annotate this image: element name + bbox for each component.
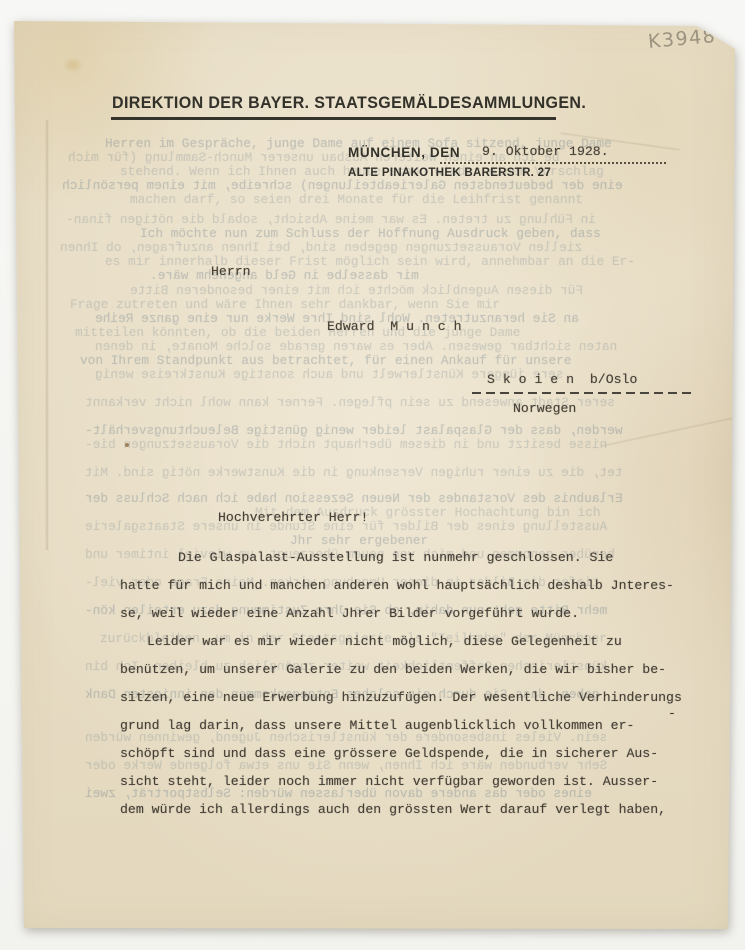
bleedthrough-line: eine der bedeutendsten Galerieabteilunge… (62, 178, 623, 193)
paper-speck (66, 60, 80, 70)
letter-body-line: grund lag darin, dass unsere Mittel auge… (120, 718, 634, 733)
hanging-hyphen: - (668, 706, 676, 721)
paper-speck (739, 487, 742, 490)
bleedthrough-line: Jhr sehr ergebener (290, 533, 428, 548)
letter-body-line: benützen, um unserer Galerie zu den beid… (120, 662, 666, 677)
horizontal-crease (601, 415, 739, 447)
typed-date: 9. Oktober 1928. (482, 144, 609, 159)
bleedthrough-line: Für diesen Augenblick möchte ich mit ein… (130, 283, 583, 298)
letter-body-line: sitzen, eine neue Erwerbung hinzuzufügen… (120, 690, 682, 705)
bleedthrough-line: machen darf, so seien drei Monate für di… (130, 192, 583, 207)
scanned-letter-page: Herren im Gespräche, junge Dame auf eine… (0, 0, 745, 950)
paper-speck (125, 443, 129, 447)
paper-speck (736, 452, 739, 457)
bleedthrough-line: werden, dass der Glaspalast leider wenig… (85, 423, 623, 438)
bleedthrough-line: naten sichtbar gewesen. Aber es waren ge… (95, 339, 617, 354)
bleedthrough-line: tet, die zu einer ruhigen Versenkung in … (85, 465, 623, 480)
letter-body-line: dem würde ich allerdings auch den grösst… (120, 802, 666, 817)
vertical-crease (45, 120, 49, 550)
letterhead-title: DIREKTION DER BAYER. STAATSGEMÄLDESAMMLU… (112, 94, 586, 113)
place-dashed-underline (472, 392, 694, 394)
recipient-salutation: Herrn (211, 264, 251, 279)
letter-body-line: Die Glaspalast-Ausstellung ist nunmehr g… (178, 550, 613, 565)
pencil-inventory-number: K3948 (647, 25, 717, 53)
bleedthrough-line: es mir innerhalb dieser Frist möglich se… (105, 254, 635, 269)
bleedthrough-line: Erlaubnis des Vorstandes der Neuen Sezes… (85, 491, 623, 506)
letter-body-line: sicht steht, leider noch immer nicht ver… (120, 774, 658, 789)
letter-body-line: hatte für mich und manchen anderen wohl … (120, 578, 674, 593)
bleedthrough-line: in Fühlung zu treten. Es war meine Absic… (66, 212, 596, 227)
recipient-place: S k o i e n b/Oslo (487, 372, 637, 387)
bleedthrough-line: nisse besitzt und in diesem überhaupt ni… (85, 437, 607, 452)
letter-body-line: schöpft sind und dass eine grössere Geld… (120, 746, 658, 761)
paper-sheet: Herren im Gespräche, junge Dame auf eine… (0, 0, 745, 950)
recipient-name: Edward M u n c h (327, 319, 462, 334)
bleedthrough-line: mir dasselbe in Geld angenehm wäre. (150, 268, 419, 283)
bleedthrough-line: Frage zutreten und wäre Ihnen sehr dankb… (70, 297, 500, 312)
paper-shadow: Herren im Gespräche, junge Dame auf eine… (0, 0, 745, 950)
bleedthrough-line: ziellen Voraussetzungen gegeben sind, be… (60, 240, 582, 255)
letterhead-rule (111, 117, 556, 120)
recipient-country: Norwegen (513, 401, 576, 416)
letterhead-address: ALTE PINAKOTHEK BARERSTR. 27 (348, 167, 551, 179)
bleedthrough-line: Ich möchte nun zum Schluss der Hoffnung … (140, 226, 601, 241)
letter-body-line: se, weil wieder eine Anzahl Jhrer Bilder… (120, 606, 579, 621)
letter-greeting: Hochverehrter Herr! (218, 510, 368, 525)
letter-body-line: Leider war es mir wieder nicht möglich, … (147, 634, 622, 649)
bleedthrough-line: von Ihrem Standpunkt aus betrachtet, für… (80, 353, 571, 368)
